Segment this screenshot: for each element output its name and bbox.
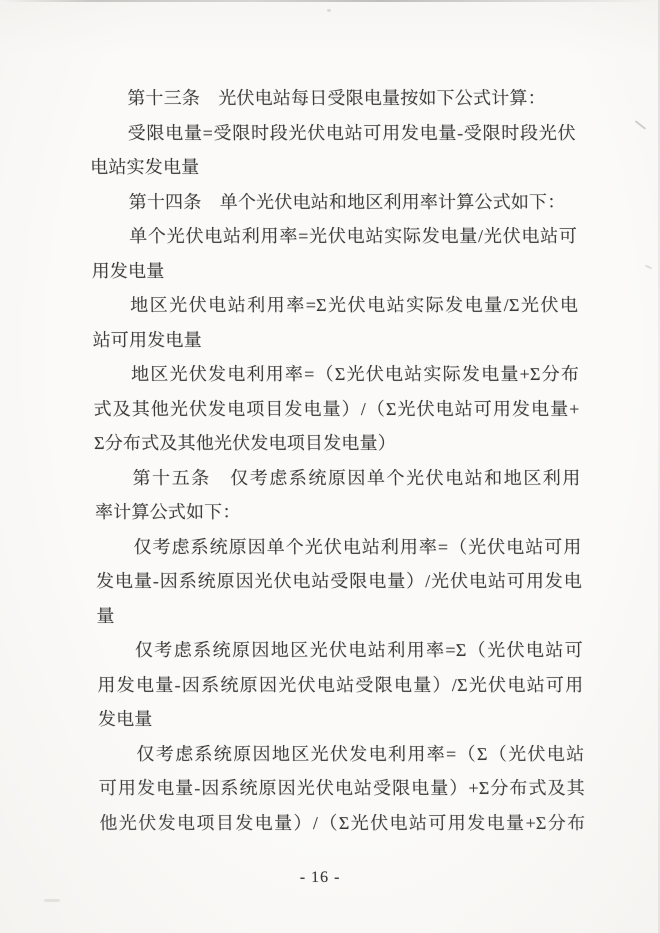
document-line-19: 发电量 — [98, 702, 584, 737]
document-line-16: 量 — [96, 599, 582, 634]
document-line-5: 单个光伏电站利用率=光伏电站实际发电量/光伏电站可 — [91, 219, 577, 254]
scan-fleck-artifact — [44, 899, 60, 902]
document-line-7: 地区光伏电站利用率=Σ光伏电站实际发电量/Σ光伏电 — [92, 288, 578, 323]
document-line-22: 他光伏发电项目发电量）/（Σ光伏电站可用发电量+Σ分布 — [99, 806, 585, 841]
scan-fleck-artifact — [635, 120, 646, 130]
document-line-13: 率计算公式如下： — [95, 495, 581, 530]
scan-top-edge-artifact — [0, 0, 660, 2]
scan-fleck-artifact — [645, 265, 652, 270]
document-line-20: 仅考虑系统原因地区光伏发电利用率=（Σ（光伏电站 — [98, 737, 584, 772]
document-line-15: 发电量-因系统原因光伏电站受限电量）/光伏电站可用发电 — [96, 564, 582, 599]
document-line-3: 电站实发电量 — [90, 150, 576, 185]
document-line-21: 可用发电量-因系统原因光伏电站受限电量）+Σ分布式及其 — [99, 771, 585, 806]
document-line-17: 仅考虑系统原因地区光伏电站利用率=Σ（光伏电站可 — [97, 633, 583, 668]
scanned-document-page: 第十三条 光伏电站每日受限电量按如下公式计算：受限电量=受限时段光伏电站可用发电… — [0, 0, 660, 933]
scan-fleck-artifact — [327, 9, 331, 12]
document-line-14: 仅考虑系统原因单个光伏电站利用率=（光伏电站可用 — [95, 530, 581, 565]
document-line-9: 地区光伏发电利用率=（Σ光伏电站实际发电量+Σ分布 — [93, 357, 579, 392]
document-line-1: 第十三条 光伏电站每日受限电量按如下公式计算： — [89, 81, 575, 116]
document-line-2: 受限电量=受限时段光伏电站可用发电量-受限时段光伏 — [89, 116, 575, 151]
document-body: 第十三条 光伏电站每日受限电量按如下公式计算：受限电量=受限时段光伏电站可用发电… — [89, 81, 586, 840]
document-line-18: 用发电量-因系统原因光伏电站受限电量）/Σ光伏电站可用 — [97, 668, 583, 703]
document-line-10: 式及其他光伏发电项目发电量）/（Σ光伏电站可用发电量+ — [93, 392, 579, 427]
document-line-4: 第十四条 单个光伏电站和地区利用率计算公式如下： — [90, 185, 576, 220]
document-text-block: 第十三条 光伏电站每日受限电量按如下公式计算：受限电量=受限时段光伏电站可用发电… — [89, 81, 586, 896]
document-line-12: 第十五条 仅考虑系统原因单个光伏电站和地区利用 — [94, 461, 580, 496]
document-line-8: 站可用发电量 — [92, 323, 578, 358]
document-line-11: Σ分布式及其他光伏发电项目发电量） — [94, 426, 580, 461]
document-line-6: 用发电量 — [91, 254, 577, 289]
page-number: - 16 - — [77, 861, 563, 896]
